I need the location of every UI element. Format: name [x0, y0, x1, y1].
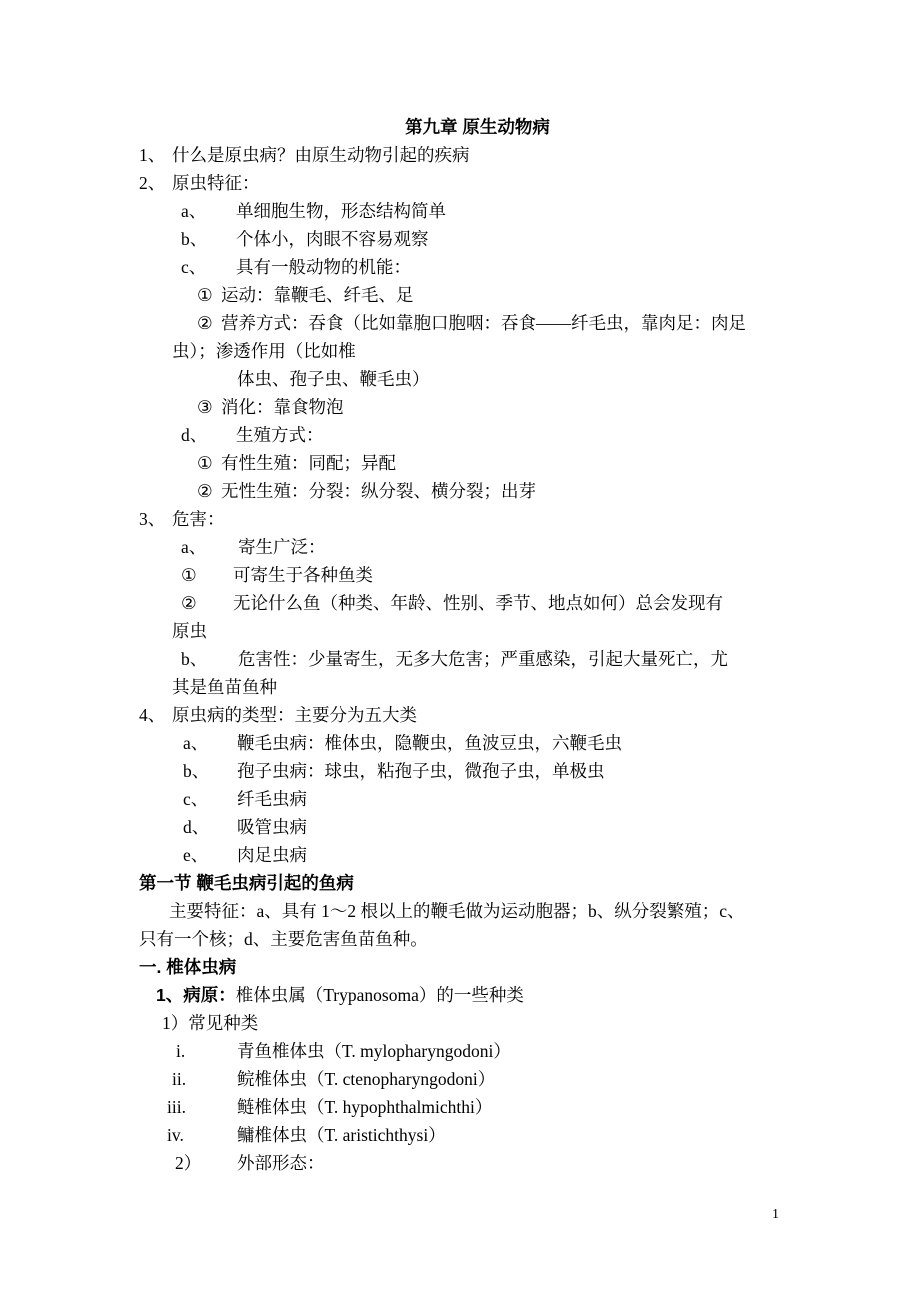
list-item: b、危害性：少量寄生，无多大危害；严重感染，引起大量死亡，尤 — [181, 645, 728, 673]
list-marker: ① — [197, 281, 221, 309]
list-marker: ii. — [172, 1065, 237, 1093]
list-item: ②营养方式：吞食（比如靠胞口胞咽：吞食——纤毛虫，靠肉足：肉足 — [197, 309, 746, 337]
list-marker: iv. — [167, 1121, 237, 1149]
list-marker: a、 — [181, 197, 236, 225]
list-text: 虫）；渗透作用（比如椎 — [172, 341, 356, 361]
list-item: ③消化：靠食物泡 — [197, 393, 344, 421]
list-text: 原虫 — [172, 621, 207, 641]
list-item: c、纤毛虫病 — [183, 785, 307, 813]
continuation-line: 原虫 — [172, 617, 207, 645]
list-marker: 4、 — [139, 701, 172, 729]
list-item: c、具有一般动物的机能： — [181, 253, 411, 281]
list-marker: ③ — [197, 393, 221, 421]
list-marker: b、 — [181, 225, 236, 253]
list-marker: i. — [176, 1037, 237, 1065]
list-marker: 3、 — [139, 505, 172, 533]
continuation-line: 体虫、孢子虫、鞭毛虫） — [237, 365, 430, 393]
pathogen-label: 1、病原： — [156, 985, 236, 1005]
list-marker: c、 — [181, 253, 236, 281]
list-marker: iii. — [167, 1093, 237, 1121]
list-marker: d、 — [181, 421, 236, 449]
list-item: 1、什么是原虫病？由原生动物引起的疾病 — [139, 141, 470, 169]
list-item: a、鞭毛虫病：椎体虫，隐鞭虫，鱼波豆虫，六鞭毛虫 — [183, 729, 622, 757]
list-marker: e、 — [183, 841, 237, 869]
list-marker: a、 — [181, 533, 238, 561]
list-text: 具有一般动物的机能： — [236, 257, 411, 277]
continuation-line: 其是鱼苗鱼种 — [172, 673, 277, 701]
list-text: 其是鱼苗鱼种 — [172, 677, 277, 697]
species-item: ii.鲩椎体虫（T. ctenopharyngodoni） — [172, 1065, 495, 1093]
list-text: 原虫特征： — [172, 173, 260, 193]
section-heading: 第一节 鞭毛虫病引起的鱼病 — [139, 869, 354, 897]
species-item: iii.鲢椎体虫（T. hypophthalmichthi） — [167, 1093, 492, 1121]
list-text: 生殖方式： — [236, 425, 324, 445]
list-marker: ② — [181, 589, 233, 617]
list-item: d、生殖方式： — [181, 421, 324, 449]
list-text: 营养方式：吞食（比如靠胞口胞咽：吞食——纤毛虫，靠肉足：肉足 — [221, 313, 746, 333]
list-item: ②无论什么鱼（种类、年龄、性别、季节、地点如何）总会发现有 — [181, 589, 723, 617]
list-text: 消化：靠食物泡 — [221, 397, 344, 417]
list-marker: c、 — [183, 785, 237, 813]
list-marker: 2、 — [139, 169, 172, 197]
list-text: 无性生殖：分裂：纵分裂、横分裂；出芽 — [221, 481, 536, 501]
list-item: ①有性生殖：同配；异配 — [197, 449, 396, 477]
list-text: 无论什么鱼（种类、年龄、性别、季节、地点如何）总会发现有 — [233, 593, 723, 613]
list-item: d、吸管虫病 — [183, 813, 307, 841]
list-item: 3、危害： — [139, 505, 225, 533]
list-item: a、寄生广泛： — [181, 533, 326, 561]
list-item: b、个体小，肉眼不容易观察 — [181, 225, 429, 253]
list-text: 鞭毛虫病：椎体虫，隐鞭虫，鱼波豆虫，六鞭毛虫 — [237, 733, 622, 753]
list-marker: b、 — [181, 645, 238, 673]
list-item: a、单细胞生物，形态结构简单 — [181, 197, 446, 225]
list-marker: b、 — [183, 757, 237, 785]
list-text: 体虫、孢子虫、鞭毛虫） — [237, 369, 430, 389]
list-marker: 2） — [175, 1149, 237, 1177]
list-item: ①可寄生于各种鱼类 — [181, 561, 373, 589]
list-item: ①运动：靠鞭毛、纤毛、足 — [197, 281, 414, 309]
page-number: 1 — [772, 1206, 779, 1224]
pathogen-line: 1、病原：椎体虫属（Trypanosoma）的一些种类 — [156, 981, 524, 1009]
list-text: 鳙椎体虫（T. aristichthysi） — [237, 1125, 446, 1145]
chapter-title: 第九章 原生动物病 — [0, 113, 920, 141]
list-marker: d、 — [183, 813, 237, 841]
paragraph-line: 主要特征：a、具有 1～2 根以上的鞭毛做为运动胞器；b、纵分裂繁殖；c、 — [169, 897, 745, 925]
list-item: e、肉足虫病 — [183, 841, 307, 869]
list-text: 吸管虫病 — [237, 817, 307, 837]
list-marker: ② — [197, 309, 221, 337]
list-text: 运动：靠鞭毛、纤毛、足 — [221, 285, 414, 305]
list-marker: ① — [181, 561, 233, 589]
list-marker: ① — [197, 449, 221, 477]
list-text: 危害： — [172, 509, 225, 529]
list-text: 肉足虫病 — [237, 845, 307, 865]
list-text: 外部形态： — [237, 1153, 325, 1173]
pathogen-text: 椎体虫属（Trypanosoma）的一些种类 — [236, 985, 524, 1005]
continuation-line: 虫）；渗透作用（比如椎 — [172, 337, 356, 365]
list-item: b、孢子虫病：球虫，粘孢子虫，微孢子虫，单极虫 — [183, 757, 605, 785]
species-item: iv.鳙椎体虫（T. aristichthysi） — [167, 1121, 446, 1149]
species-item: i.青鱼椎体虫（T. mylopharyngodoni） — [176, 1037, 511, 1065]
list-text: 原虫病的类型：主要分为五大类 — [172, 705, 417, 725]
list-marker: 1、 — [139, 141, 172, 169]
list-text: 个体小，肉眼不容易观察 — [236, 229, 429, 249]
list-item: 2、原虫特征： — [139, 169, 260, 197]
list-text: 鲩椎体虫（T. ctenopharyngodoni） — [237, 1069, 495, 1089]
list-text: 纤毛虫病 — [237, 789, 307, 809]
list-text: 青鱼椎体虫（T. mylopharyngodoni） — [237, 1041, 511, 1061]
list-text: 单细胞生物，形态结构简单 — [236, 201, 446, 221]
list-text: 寄生广泛： — [238, 537, 326, 557]
list-text: 危害性：少量寄生，无多大危害；严重感染，引起大量死亡，尤 — [238, 649, 728, 669]
list-text: 孢子虫病：球虫，粘孢子虫，微孢子虫，单极虫 — [237, 761, 605, 781]
list-item: 4、原虫病的类型：主要分为五大类 — [139, 701, 417, 729]
list-text: 什么是原虫病？由原生动物引起的疾病 — [172, 145, 470, 165]
subsection-heading: 一. 椎体虫病 — [139, 953, 236, 981]
morphology-item: 2）外部形态： — [175, 1149, 325, 1177]
document-page: 第九章 原生动物病 1、什么是原虫病？由原生动物引起的疾病 2、原虫特征： a、… — [0, 0, 920, 1302]
common-species-heading: 1）常见种类 — [162, 1009, 258, 1037]
list-marker: ② — [197, 477, 221, 505]
list-marker: a、 — [183, 729, 237, 757]
list-text: 有性生殖：同配；异配 — [221, 453, 396, 473]
list-text: 可寄生于各种鱼类 — [233, 565, 373, 585]
paragraph-line: 只有一个核；d、主要危害鱼苗鱼种。 — [139, 925, 428, 953]
list-text: 鲢椎体虫（T. hypophthalmichthi） — [237, 1097, 492, 1117]
list-item: ②无性生殖：分裂：纵分裂、横分裂；出芽 — [197, 477, 536, 505]
